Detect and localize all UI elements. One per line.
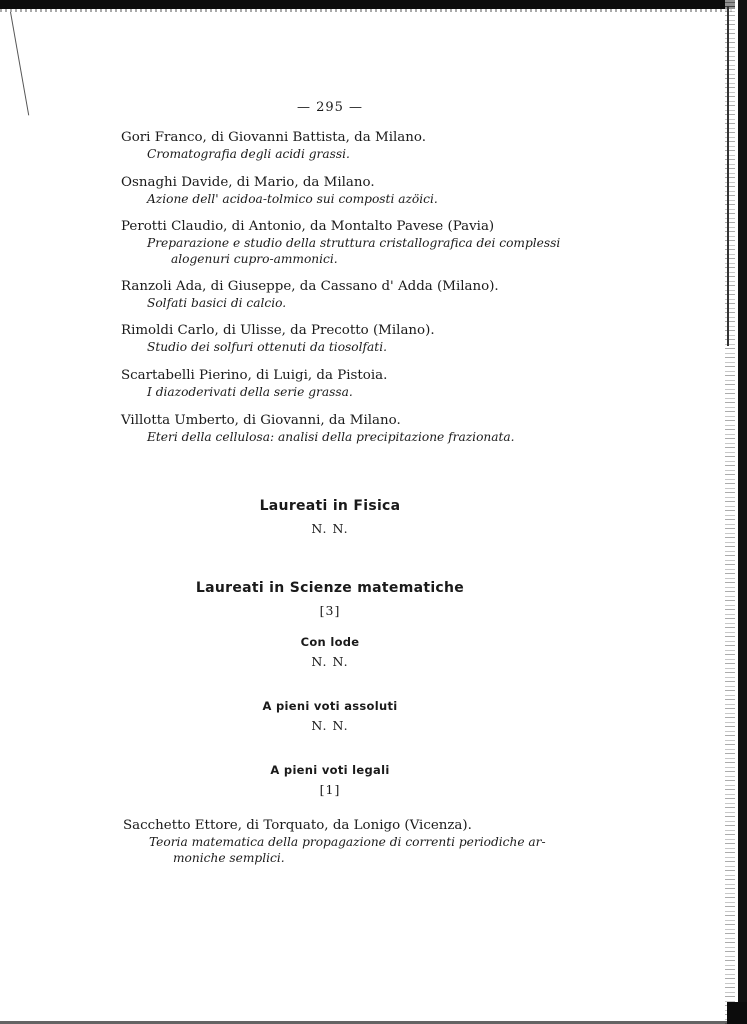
- graduate-name: Gori Franco, di Giovanni Battista, da Mi…: [121, 129, 551, 146]
- thesis-title-line1: Preparazione e studio della struttura cr…: [147, 236, 560, 250]
- physics-value: N. N.: [0, 521, 660, 536]
- full-marks-absolute-value: N. N.: [0, 718, 660, 733]
- graduate-name: Osnaghi Davide, di Mario, da Milano.: [121, 174, 551, 191]
- honors-heading: Con lode: [0, 635, 660, 649]
- graduate-entry: Villotta Umberto, di Giovanni, da Milano…: [121, 412, 551, 445]
- graduate-entry: Sacchetto Ettore, di Torquato, da Lonigo…: [123, 817, 553, 866]
- full-marks-legal-heading: A pieni voti legali: [0, 763, 660, 777]
- scan-right-border: [738, 0, 747, 1024]
- thesis-title-line2: alogenuri cupro-ammonici.: [171, 251, 551, 267]
- thesis-title: Teoria matematica della propagazione di …: [149, 834, 553, 866]
- thesis-title: Azione dell' acidoa-tolmico sui composti…: [147, 191, 551, 207]
- thesis-title: Eteri della cellulosa: analisi della pre…: [147, 429, 551, 445]
- graduate-entry: Ranzoli Ada, di Giuseppe, da Cassano d' …: [121, 278, 551, 311]
- thesis-title-line1: Teoria matematica della propagazione di …: [149, 835, 546, 849]
- graduate-entry: Gori Franco, di Giovanni Battista, da Mi…: [121, 129, 551, 162]
- physics-heading: Laureati in Fisica: [0, 498, 660, 514]
- scan-bottom-corner: [727, 1002, 747, 1024]
- scan-top-border: [0, 0, 747, 9]
- thesis-title-line2: moniche semplici.: [173, 850, 553, 866]
- graduate-name: Villotta Umberto, di Giovanni, da Milano…: [121, 412, 551, 429]
- math-heading: Laureati in Scienze matematiche: [0, 580, 660, 596]
- honors-value: N. N.: [0, 654, 660, 669]
- math-count: [3]: [0, 603, 660, 618]
- page-number: — 295 —: [0, 100, 660, 115]
- graduate-name: Scartabelli Pierino, di Luigi, da Pistoi…: [121, 367, 551, 384]
- full-marks-absolute-heading: A pieni voti assoluti: [0, 699, 660, 713]
- graduate-entry: Perotti Claudio, di Antonio, da Montalto…: [121, 218, 551, 267]
- graduate-name: Sacchetto Ettore, di Torquato, da Lonigo…: [123, 817, 553, 834]
- scan-top-noise: [0, 9, 747, 12]
- graduate-entry: Scartabelli Pierino, di Luigi, da Pistoi…: [121, 367, 551, 400]
- graduate-name: Perotti Claudio, di Antonio, da Montalto…: [121, 218, 551, 235]
- scan-right-line: [727, 6, 729, 346]
- thesis-title: Solfati basici di calcio.: [147, 295, 551, 311]
- thesis-title: Studio dei solfuri ottenuti da tiosolfat…: [147, 339, 551, 355]
- graduate-entry: Osnaghi Davide, di Mario, da Milano. Azi…: [121, 174, 551, 207]
- thesis-title: Cromatografia degli acidi grassi.: [147, 146, 551, 162]
- thesis-title: I diazoderivati della serie grassa.: [147, 384, 551, 400]
- full-marks-legal-count: [1]: [0, 782, 660, 797]
- graduate-name: Ranzoli Ada, di Giuseppe, da Cassano d' …: [121, 278, 551, 295]
- graduate-entry: Rimoldi Carlo, di Ulisse, da Precotto (M…: [121, 322, 551, 355]
- thesis-title: Preparazione e studio della struttura cr…: [147, 235, 551, 267]
- graduate-name: Rimoldi Carlo, di Ulisse, da Precotto (M…: [121, 322, 551, 339]
